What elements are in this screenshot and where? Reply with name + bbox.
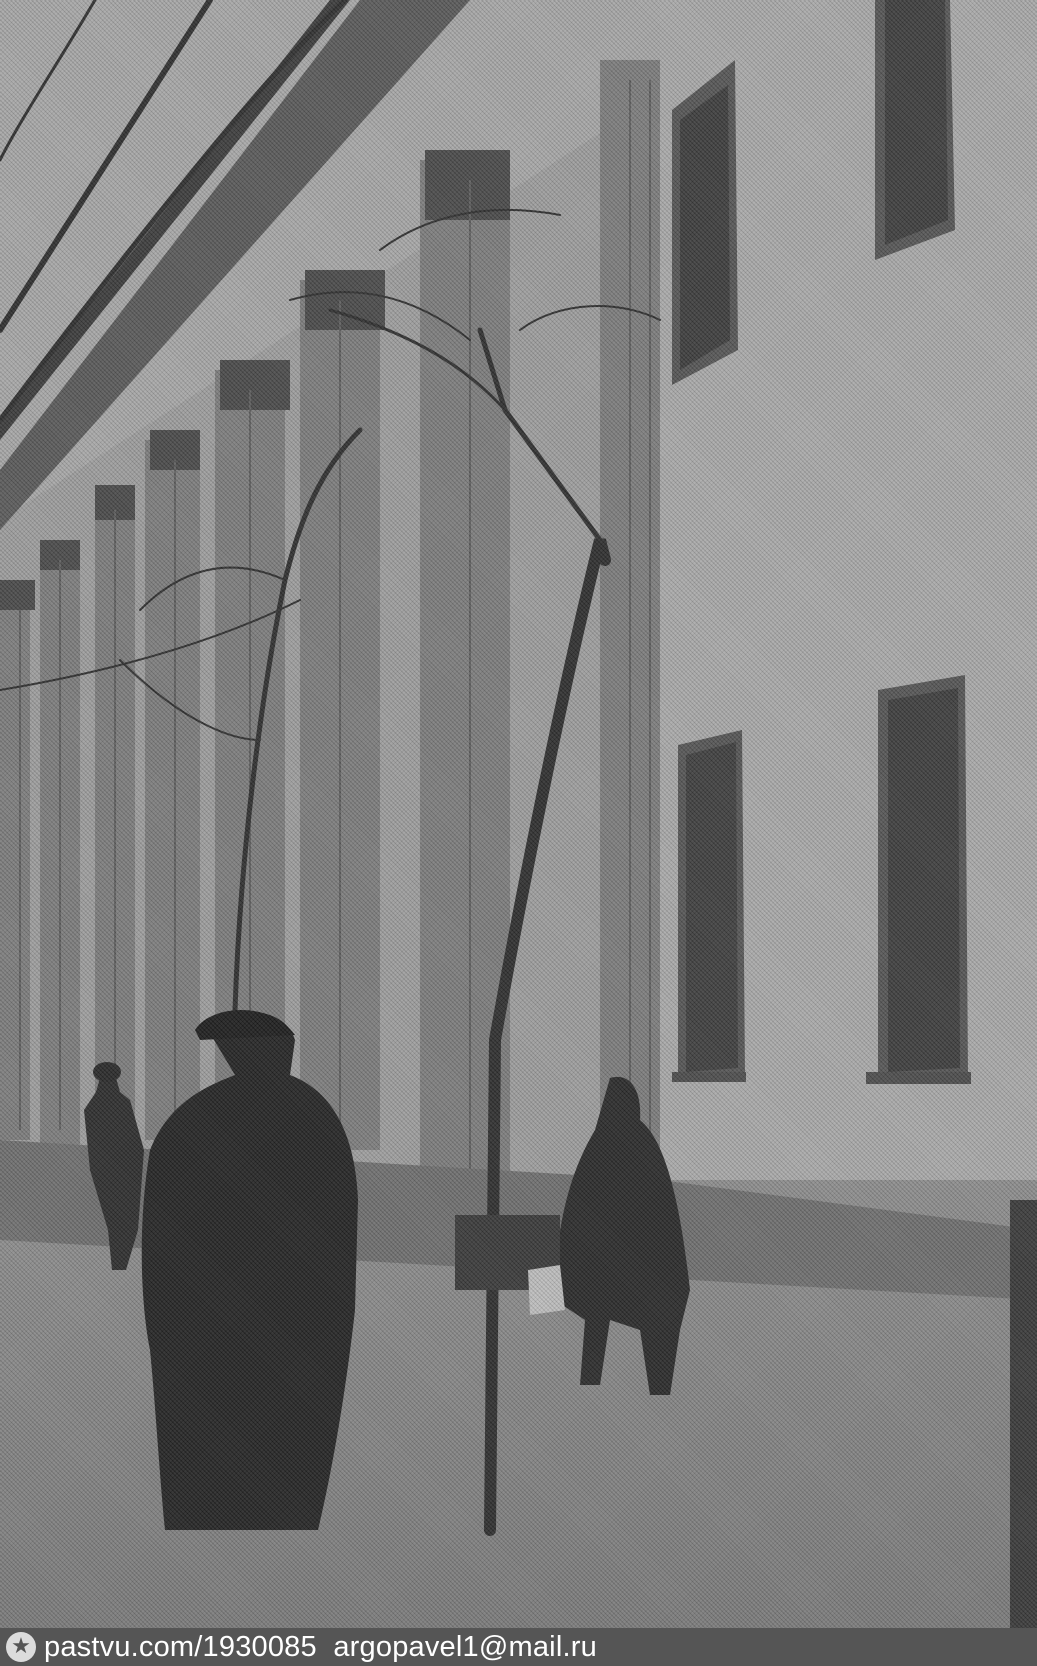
photo-scene bbox=[0, 0, 1037, 1628]
watermark-bar: ★ pastvu.com/1930085 argopavel1@mail.ru bbox=[0, 1628, 1037, 1666]
photograph bbox=[0, 0, 1037, 1628]
pastvu-star-icon: ★ bbox=[6, 1632, 36, 1662]
watermark-text: pastvu.com/1930085 argopavel1@mail.ru bbox=[44, 1631, 597, 1664]
